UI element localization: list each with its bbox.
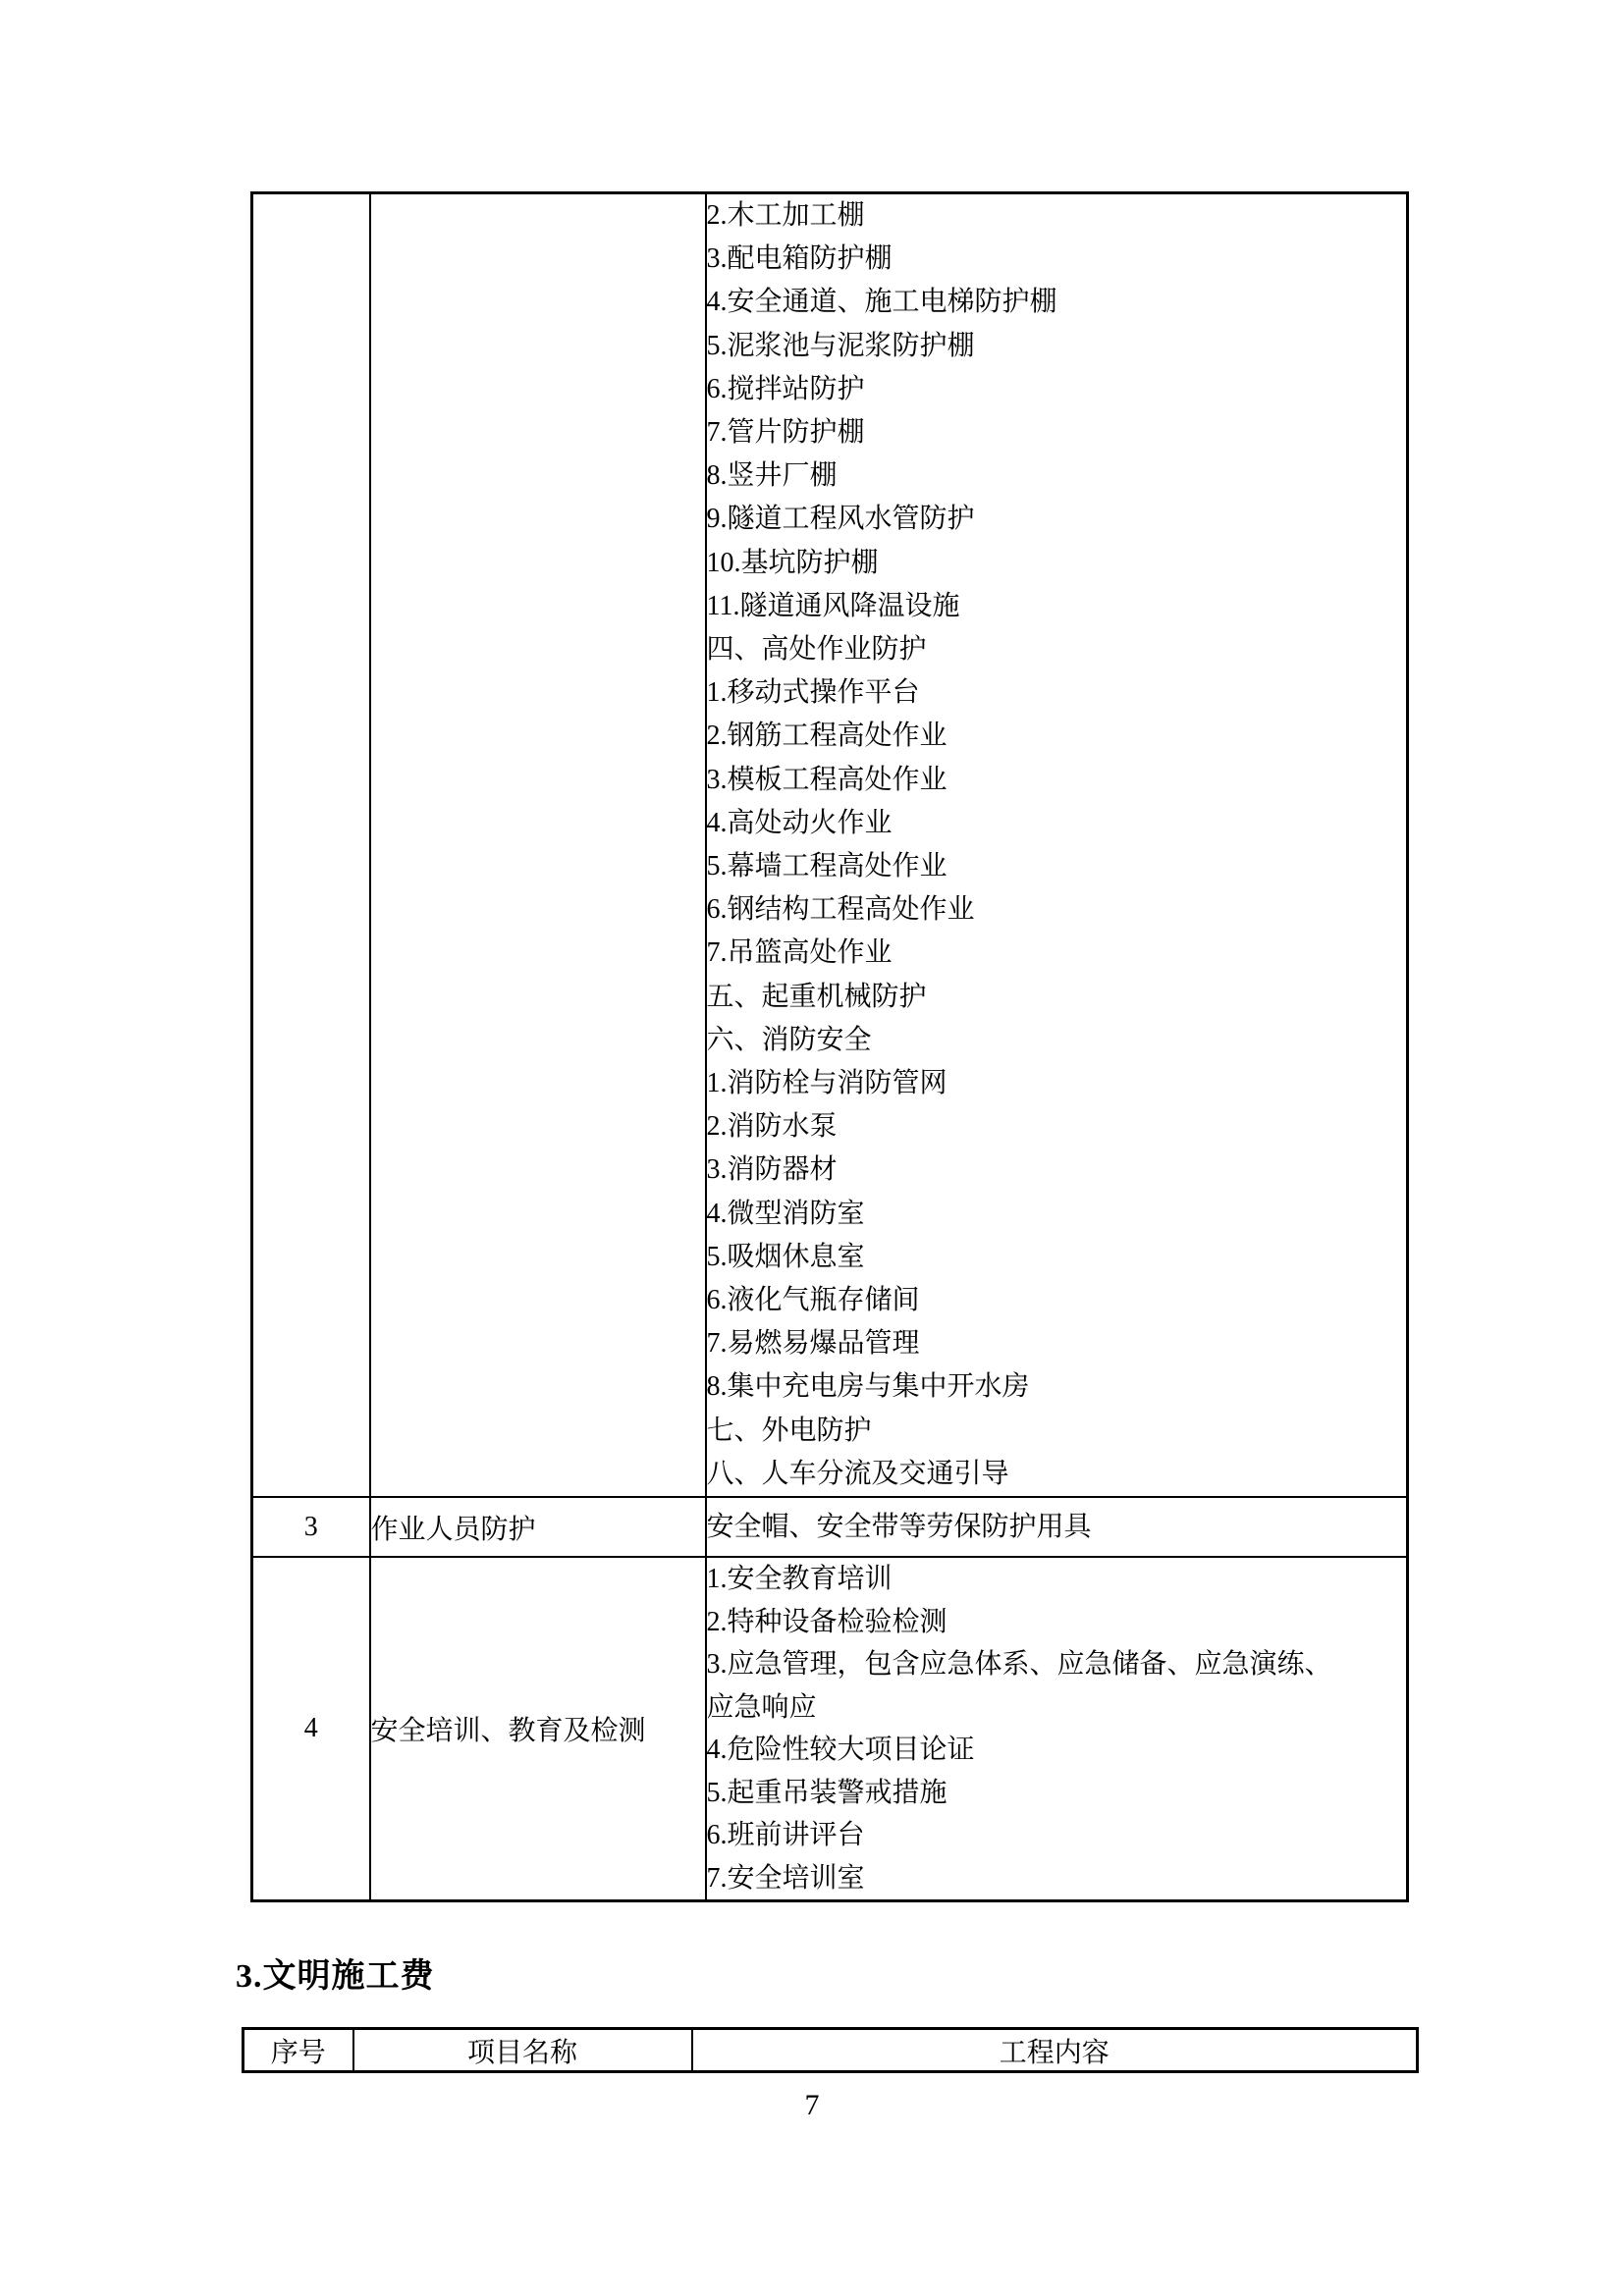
seq-cell: 3	[252, 1497, 370, 1557]
column-header-work-content: 工程内容	[692, 2029, 1418, 2072]
page-number: 7	[0, 2089, 1624, 2122]
section-heading: 3.文明施工费	[236, 1949, 435, 1997]
table-row-3: 3 作业人员防护 安全帽、安全带等劳保防护用具	[252, 1497, 1408, 1557]
project-name-cell: 安全培训、教育及检测	[370, 1557, 706, 1901]
table-row-4: 4 安全培训、教育及检测 1.安全教育培训 2.特种设备检验检测 3.应急管理，…	[252, 1557, 1408, 1901]
seq-cell: 4	[252, 1557, 370, 1901]
safety-measures-table: 2.木工加工棚 3.配电箱防护棚 4.安全通道、施工电梯防护棚 5.泥浆池与泥浆…	[250, 191, 1409, 1902]
table-row-continued: 2.木工加工棚 3.配电箱防护棚 4.安全通道、施工电梯防护棚 5.泥浆池与泥浆…	[252, 193, 1408, 1498]
work-content-cell: 1.安全教育培训 2.特种设备检验检测 3.应急管理，包含应急体系、应急储备、应…	[706, 1557, 1408, 1901]
table-header-row: 序号 项目名称 工程内容	[244, 2029, 1418, 2072]
document-page: 2.木工加工棚 3.配电箱防护棚 4.安全通道、施工电梯防护棚 5.泥浆池与泥浆…	[0, 0, 1624, 2296]
work-content-cell: 2.木工加工棚 3.配电箱防护棚 4.安全通道、施工电梯防护棚 5.泥浆池与泥浆…	[706, 193, 1408, 1498]
project-name-cell	[370, 193, 706, 1498]
seq-cell	[252, 193, 370, 1498]
work-content-cell: 安全帽、安全带等劳保防护用具	[706, 1497, 1408, 1557]
column-header-seq: 序号	[244, 2029, 353, 2072]
column-header-project-name: 项目名称	[353, 2029, 692, 2072]
civilized-construction-table: 序号 项目名称 工程内容	[242, 2027, 1419, 2073]
project-name-cell: 作业人员防护	[370, 1497, 706, 1557]
